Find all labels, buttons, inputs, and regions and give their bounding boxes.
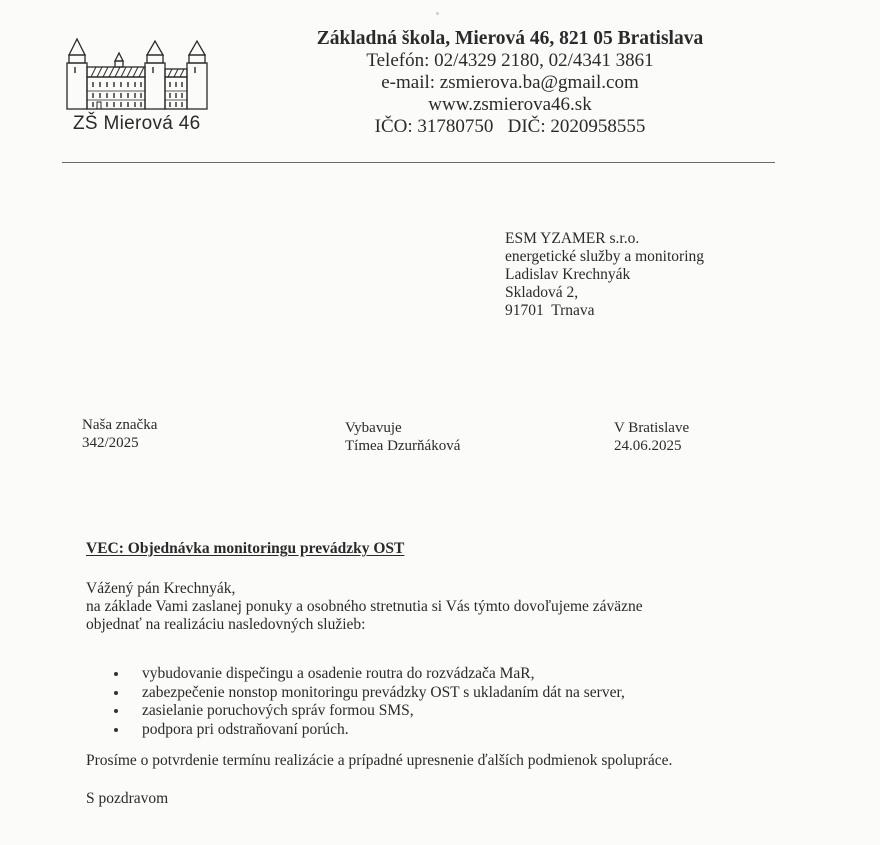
our-reference: Naša značka 342/2025 (82, 416, 157, 452)
place-date: V Bratislave 24.06.2025 (614, 419, 689, 455)
castle-icon (63, 33, 213, 113)
recipient-street: Skladová 2, (505, 284, 704, 302)
our-reference-label: Naša značka (82, 416, 157, 434)
handled-by-value: Tímea Dzurňáková (345, 437, 460, 455)
recipient-city: 91701 Trnava (505, 302, 704, 320)
recipient-address: ESM YZAMER s.r.o. energetické služby a m… (505, 230, 704, 320)
recipient-description: energetické služby a monitoring (505, 248, 704, 266)
place-label: V Bratislave (614, 419, 689, 437)
letterhead: Základná škola, Mierová 46, 821 05 Brati… (270, 28, 750, 138)
school-email: e-mail: zsmierova.ba@gmail.com (270, 72, 750, 94)
greeting: S pozdravom (86, 790, 168, 808)
school-logo: ZŠ Mierová 46 (63, 33, 233, 143)
intro-line: na základe Vami zaslanej ponuky a osobné… (86, 598, 786, 616)
salutation: Vážený pán Krechnyák, (86, 580, 786, 598)
recipient-person: Ladislav Krechnyák (505, 266, 704, 284)
recipient-company: ESM YZAMER s.r.o. (505, 230, 704, 248)
service-item: podpora pri odstraňovaní porúch. (114, 721, 625, 740)
school-website: www.zsmierova46.sk (270, 94, 750, 116)
logo-text: ZŠ Mierová 46 (73, 113, 200, 135)
our-reference-value: 342/2025 (82, 434, 157, 452)
service-item: zabezpečenie nonstop monitoringu prevádz… (114, 684, 625, 703)
scan-speck (436, 12, 439, 15)
services-list: vybudovanie dispečingu a osadenie routra… (114, 665, 625, 739)
handled-by-label: Vybavuje (345, 419, 460, 437)
handled-by: Vybavuje Tímea Dzurňáková (345, 419, 460, 455)
school-name: Základná škola, Mierová 46, 821 05 Brati… (270, 28, 750, 50)
service-item: zasielanie poruchových správ formou SMS, (114, 702, 625, 721)
header-divider (62, 162, 775, 163)
letter-subject: VEC: Objednávka monitoringu prevádzky OS… (86, 540, 404, 558)
school-phone: Telefón: 02/4329 2180, 02/4341 3861 (270, 50, 750, 72)
closing-paragraph: Prosíme o potvrdenie termínu realizácie … (86, 752, 672, 770)
intro-line: objednať na realizáciu nasledovných služ… (86, 616, 786, 634)
date-value: 24.06.2025 (614, 437, 689, 455)
service-item: vybudovanie dispečingu a osadenie routra… (114, 665, 625, 684)
school-ids: IČO: 31780750 DIČ: 2020958555 (270, 116, 750, 138)
letter-intro: Vážený pán Krechnyák, na základe Vami za… (86, 580, 786, 634)
